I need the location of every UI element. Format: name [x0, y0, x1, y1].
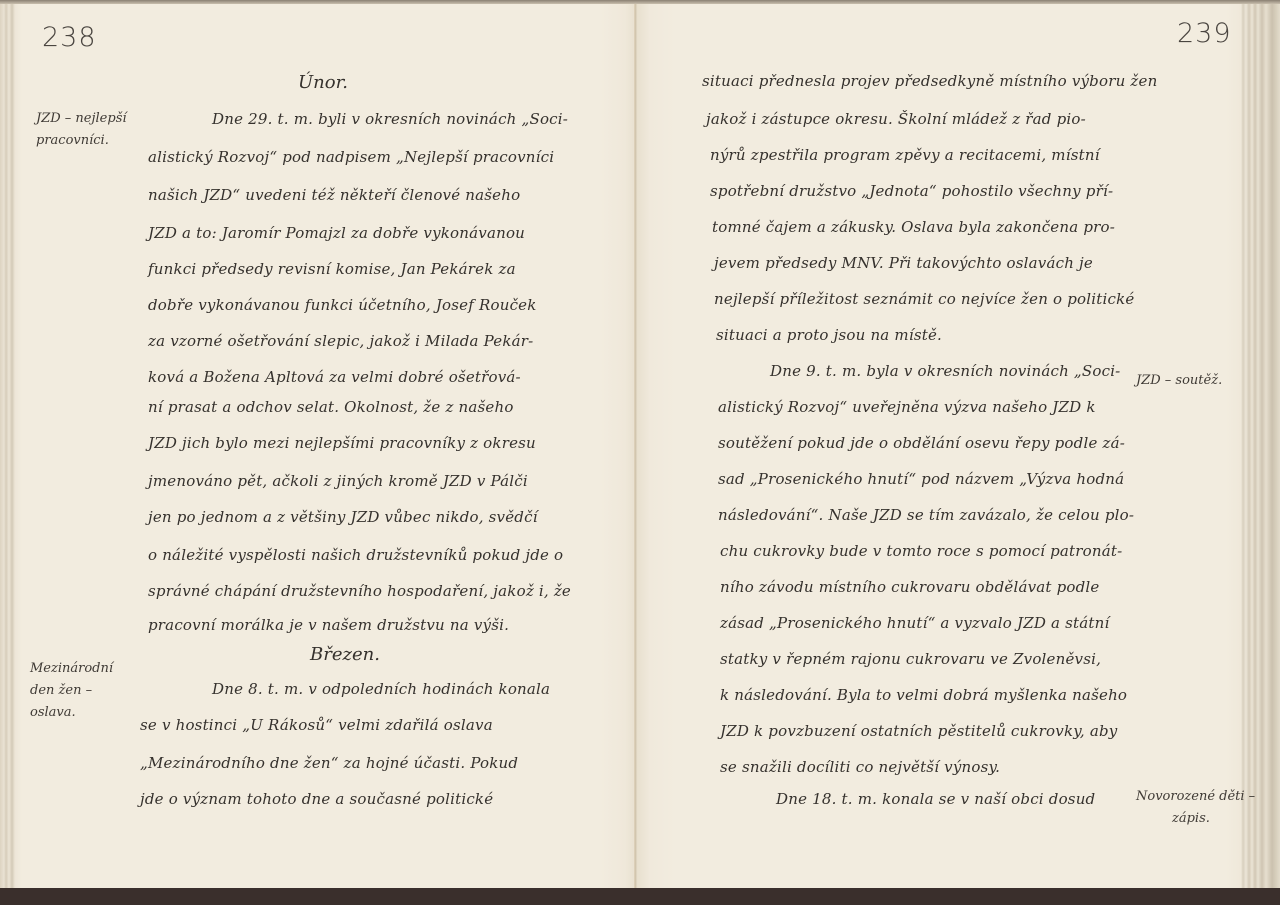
- text-line: o náležité vyspělosti našich družstevník…: [148, 546, 563, 564]
- text-line: za vzorné ošetřování slepic, jakož i Mil…: [148, 332, 533, 350]
- text-line: funkci předsedy revisní komise, Jan Peká…: [148, 260, 516, 278]
- left-page: 238 Únor. JZD – nejlepší pracovníci. Dne…: [0, 0, 636, 890]
- text-line: ního závodu místního cukrovaru obdělávat…: [720, 578, 1100, 596]
- text-line: jmenováno pět, ačkoli z jiných kromě JZD…: [148, 472, 528, 490]
- text-line: se v hostinci „U Rákosů“ velmi zdařilá o…: [140, 716, 493, 734]
- text-line: spotřební družstvo „Jednota“ pohostilo v…: [710, 182, 1113, 200]
- text-line: jde o význam tohoto dne a současné polit…: [140, 790, 493, 808]
- page-top-edge: [0, 0, 1280, 4]
- text-line: se snažili docíliti co největší výnosy.: [720, 758, 1000, 776]
- text-line: našich JZD“ uvedeni též někteří členové …: [148, 186, 520, 204]
- text-line: správné chápání družstevního hospodaření…: [148, 582, 571, 600]
- text-line: k následování. Byla to velmi dobrá myšle…: [720, 686, 1127, 704]
- text-line: Dne 9. t. m. byla v okresních novinách „…: [770, 362, 1120, 380]
- right-page: 239 situaci přednesla projev předsedkyně…: [636, 0, 1280, 890]
- text-line: chu cukrovky bude v tomto roce s pomocí …: [720, 542, 1122, 560]
- text-line: jen po jednom a z většiny JZD vůbec nikd…: [148, 508, 538, 526]
- text-line: pracovní morálka je v našem družstvu na …: [148, 616, 509, 634]
- margin-note: JZD – soutěž.: [1136, 370, 1222, 392]
- text-line: situaci a proto jsou na místě.: [716, 326, 942, 344]
- text-line: JZD jich bylo mezi nejlepšími pracovníky…: [148, 434, 536, 452]
- text-line: zásad „Prosenického hnutí“ a vyzvalo JZD…: [720, 614, 1110, 632]
- text-line: jevem předsedy MNV. Při takovýchto oslav…: [714, 254, 1093, 272]
- text-line: JZD k povzbuzení ostatních pěstitelů cuk…: [720, 722, 1117, 740]
- text-line: „Mezinárodního dne žen“ za hojné účasti.…: [140, 754, 518, 772]
- margin-note: Mezinárodní den žen – oslava.: [30, 658, 113, 724]
- text-line: Dne 8. t. m. v odpoledních hodinách kona…: [212, 680, 550, 698]
- text-line: nýrů zpestřila program zpěvy a recitacem…: [710, 146, 1100, 164]
- text-line: sad „Prosenického hnutí“ pod názvem „Výz…: [718, 470, 1124, 488]
- text-line: alistický Rozvoj“ uveřejněna výzva našeh…: [718, 398, 1096, 416]
- month-heading: Březen.: [310, 644, 380, 665]
- text-line: JZD a to: Jaromír Pomajzl za dobře vykon…: [148, 224, 525, 242]
- margin-note: Novorozené děti – zápis.: [1136, 786, 1255, 830]
- background-surface: [0, 888, 1280, 905]
- text-line: Dne 18. t. m. konala se v naší obci dosu…: [776, 790, 1095, 808]
- text-line: tomné čajem a zákusky. Oslava byla zakon…: [712, 218, 1115, 236]
- text-line: následování“. Naše JZD se tím zavázalo, …: [718, 506, 1134, 524]
- book-gutter: [634, 0, 637, 890]
- text-line: ní prasat a odchov selat. Okolnost, že z…: [148, 398, 514, 416]
- open-book: 238 Únor. JZD – nejlepší pracovníci. Dne…: [0, 0, 1280, 890]
- page-number: 238: [42, 22, 97, 53]
- text-line: Dne 29. t. m. byli v okresních novinách …: [212, 110, 568, 128]
- text-line: soutěžení pokud jde o obdělání osevu řep…: [718, 434, 1125, 452]
- margin-note: JZD – nejlepší pracovníci.: [36, 108, 127, 152]
- text-line: jakož i zástupce okresu. Školní mládež z…: [706, 110, 1086, 128]
- text-line: statky v řepném rajonu cukrovaru ve Zvol…: [720, 650, 1101, 668]
- text-line: situaci přednesla projev předsedkyně mís…: [702, 72, 1157, 90]
- text-line: alistický Rozvoj“ pod nadpisem „Nejlepší…: [148, 148, 554, 166]
- text-line: nejlepší příležitost seznámit co nejvíce…: [714, 290, 1134, 308]
- text-line: dobře vykonávanou funkci účetního, Josef…: [148, 296, 537, 314]
- text-line: ková a Božena Apltová za velmi dobré oše…: [148, 368, 521, 386]
- page-number: 239: [1177, 18, 1232, 49]
- month-heading: Únor.: [298, 72, 348, 93]
